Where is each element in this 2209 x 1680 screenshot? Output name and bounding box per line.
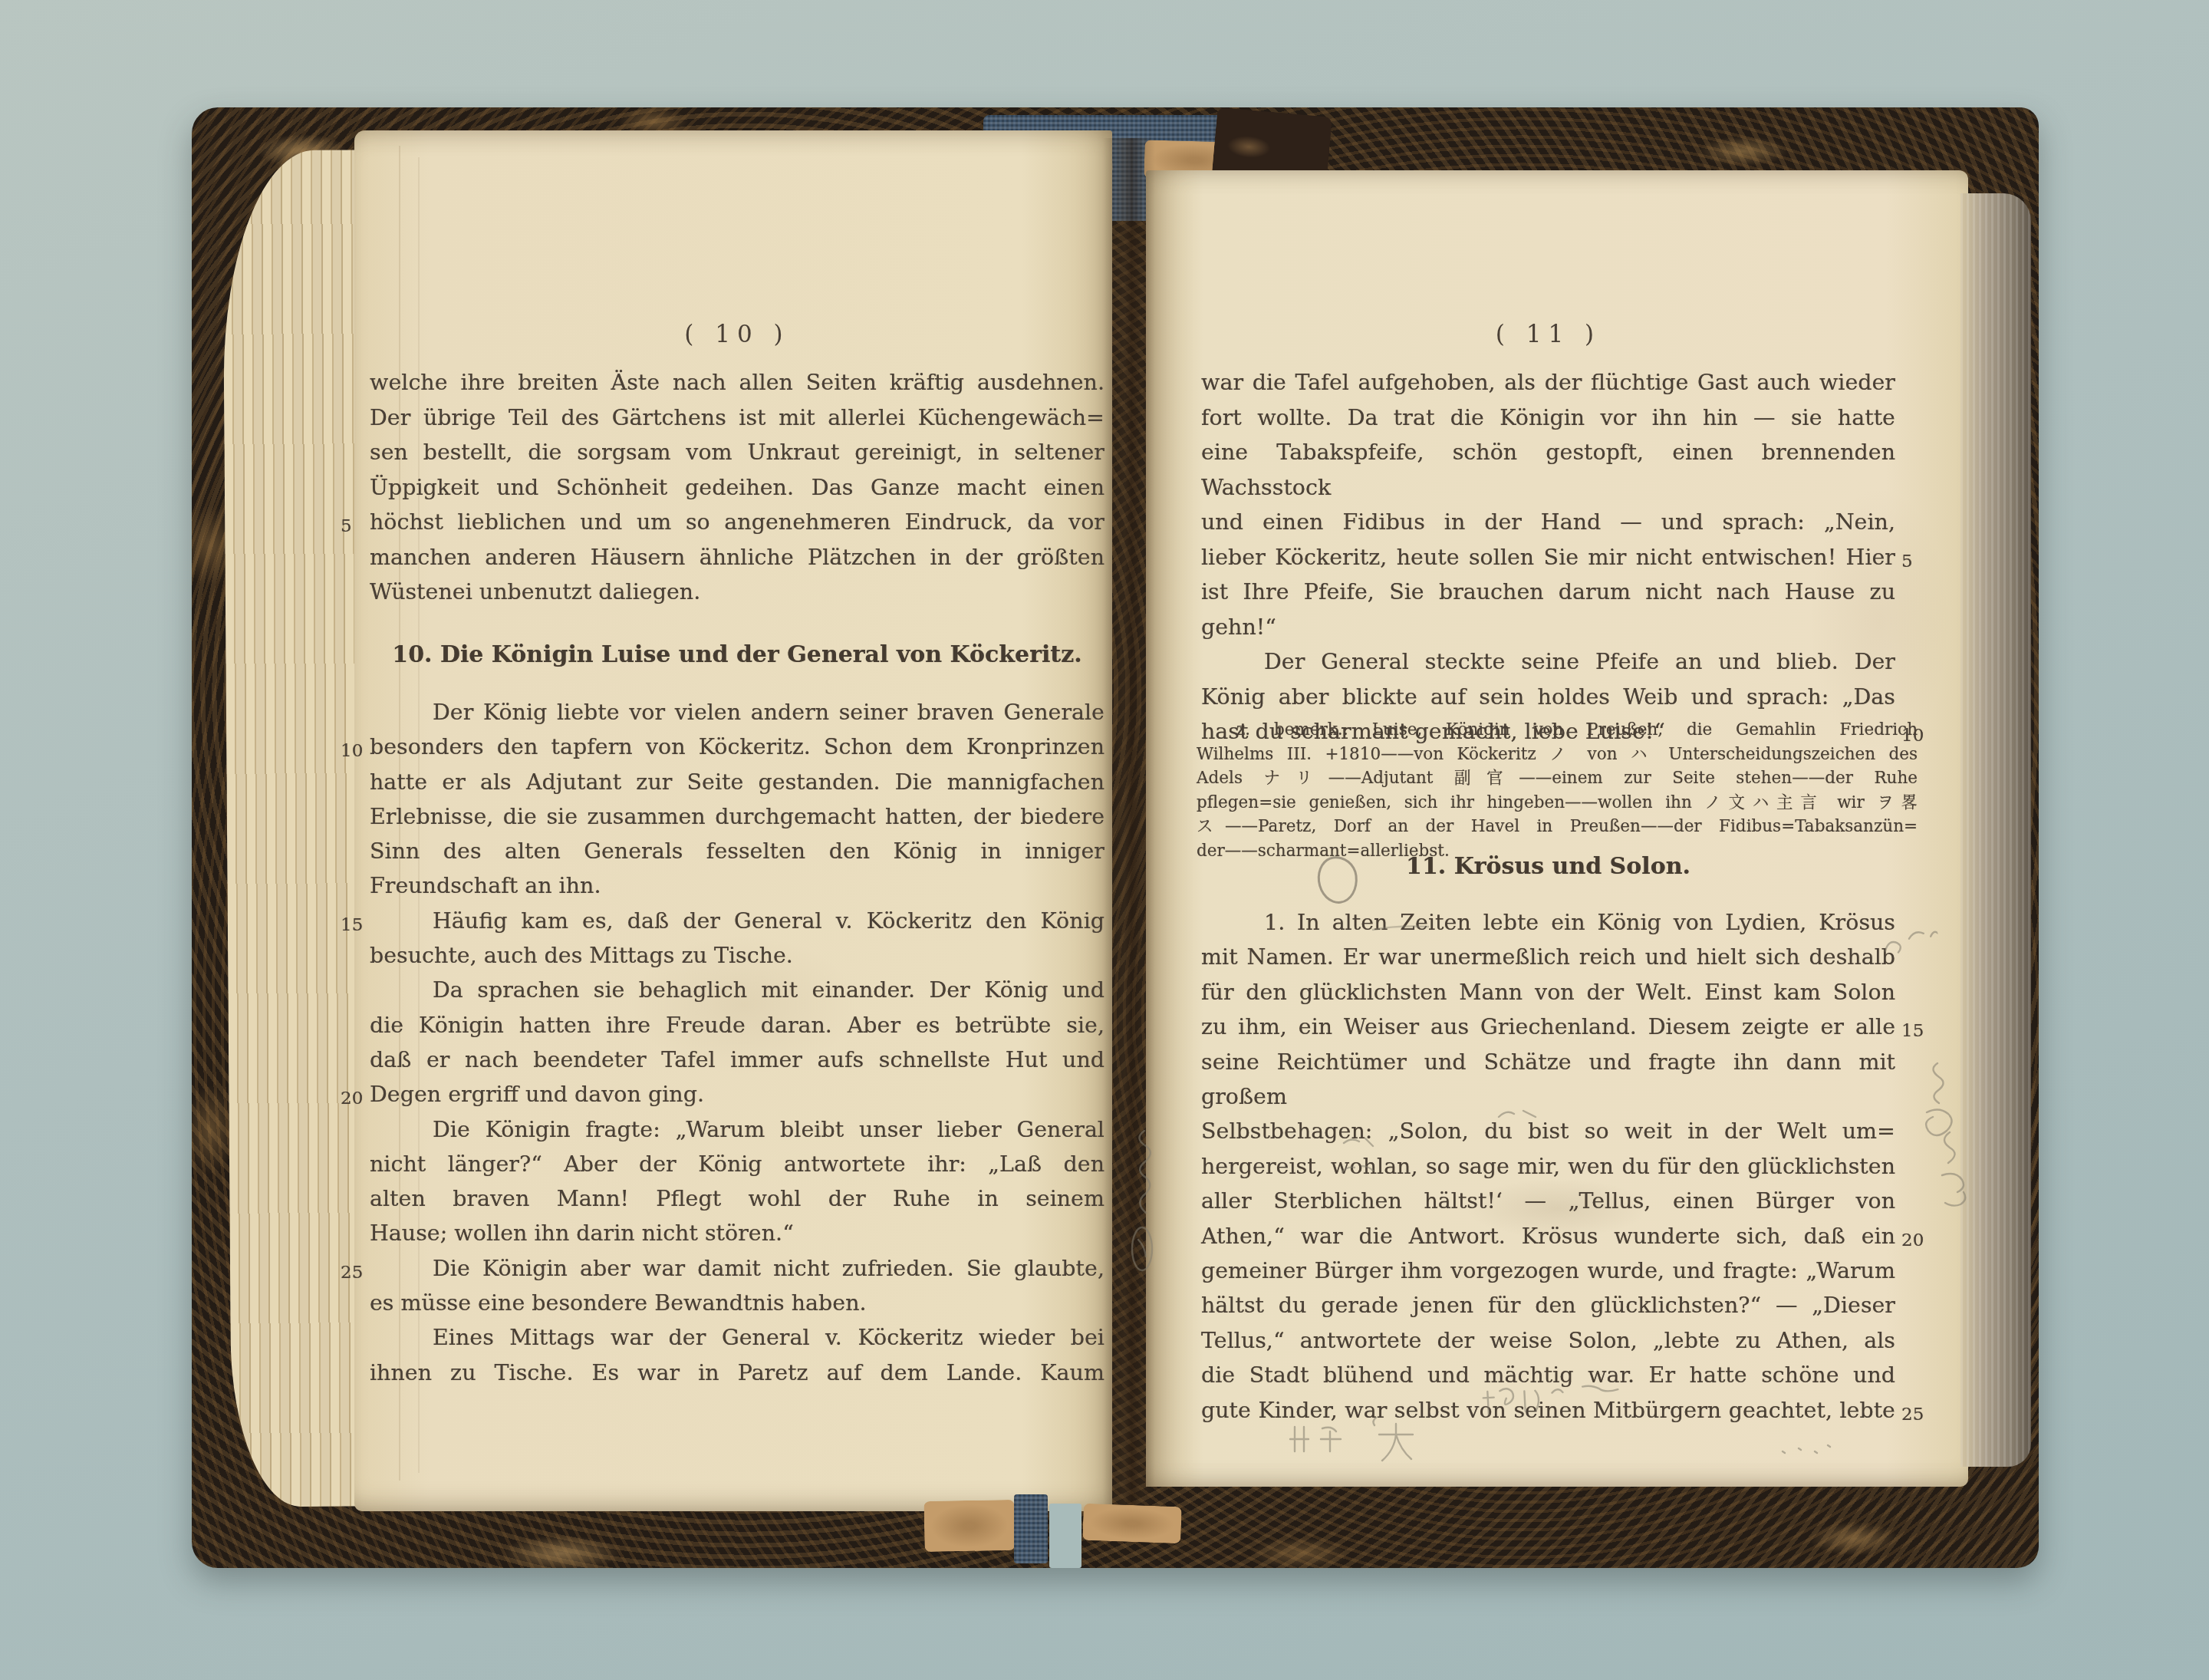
margin-line-number: 15 bbox=[341, 908, 364, 943]
photo-of-open-book: ( 10 ) welche ihre breiten Äste nach all… bbox=[0, 0, 2209, 1680]
text-line: 25Die Königin aber war damit nicht zufri… bbox=[370, 1251, 1104, 1286]
text-line: eine Tabakspfeife, schön gestopft, einen… bbox=[1201, 435, 1895, 505]
text-line: und einen Fidibus in der Hand — und spra… bbox=[1201, 505, 1895, 540]
text-line: Hause; wollen ihn darin nicht stören.“ bbox=[370, 1216, 1104, 1250]
margin-line-number: 5 bbox=[341, 509, 364, 545]
text-line: 10besonders den tapfern von Köckeritz. S… bbox=[370, 730, 1104, 764]
text-line: 5lieber Köckeritz, heute sollen Sie mir … bbox=[1201, 540, 1895, 575]
text-line: hergereist, wohlan, so sage mir, wen du … bbox=[1201, 1149, 1895, 1184]
cover-tear-gap bbox=[1049, 1504, 1081, 1568]
text-line: die Königin hatten ihre Freude daran. Ab… bbox=[370, 1008, 1104, 1043]
text-line: Der übrige Teil des Gärtchens ist mit al… bbox=[370, 400, 1104, 436]
text-line: gehn!“ bbox=[1201, 610, 1895, 645]
text-line: ス——Paretz, Dorf an der Havel in Preußen—… bbox=[1197, 815, 1918, 839]
page-edges-left bbox=[222, 150, 370, 1507]
text-line: Wilhelms III. +1810——von Köckeritz ノ von… bbox=[1197, 743, 1918, 767]
text-line: 1. In alten Zeiten lebte ein König von L… bbox=[1201, 905, 1895, 940]
text-line: ist Ihre Pfeife, Sie brauchen darum nich… bbox=[1201, 575, 1895, 610]
text-line: 5höchst lieblichen und um so angenehmere… bbox=[370, 505, 1104, 540]
pencil-annotation-below-3 bbox=[1371, 1416, 1425, 1465]
text-line: hatte er als Adjutant zur Seite gestande… bbox=[370, 765, 1104, 799]
text-line: gemeiner Bürger ihm vorgezogen wurde, un… bbox=[1201, 1253, 1895, 1288]
text-line: Adels ナリ——Adjutant 副官——einem zur Seite s… bbox=[1197, 766, 1918, 791]
margin-line-number: 5 bbox=[1901, 545, 1940, 580]
pencil-annotation-below-2 bbox=[1286, 1419, 1355, 1462]
text-line: Selbstbehagen: „Solon, du bist so weit i… bbox=[1201, 1114, 1895, 1148]
pencil-annotation-gloss-upper bbox=[1494, 1103, 1548, 1126]
text-line: manchen anderen Häusern ähnliche Plätzch… bbox=[370, 540, 1104, 575]
pencil-annotation-dots bbox=[1776, 1436, 1838, 1464]
text-line: welche ihre breiten Äste nach allen Seit… bbox=[370, 365, 1104, 400]
spine-patch-bottom bbox=[923, 1500, 1015, 1552]
text-line: Tellus,“ antwortete der weise Solon, „le… bbox=[1201, 1323, 1895, 1358]
text-line: Da sprachen sie behaglich mit einander. … bbox=[370, 973, 1104, 1007]
right-page-story-11: 1. In alten Zeiten lebte ein König von L… bbox=[1201, 905, 1895, 1428]
margin-line-number: 10 bbox=[341, 734, 364, 769]
text-line: Die Königin fragte: „Warum bleibt unser … bbox=[370, 1112, 1104, 1147]
text-line: Der General steckte seine Pfeife an und … bbox=[1201, 644, 1895, 680]
text-line: besuchte, auch des Mittags zu Tische. bbox=[370, 938, 1104, 973]
text-line: 20Degen ergriff und davon ging. bbox=[370, 1077, 1104, 1112]
margin-line-number: 20 bbox=[341, 1082, 364, 1116]
right-page-story-10-end: war die Tafel aufgehoben, als der flücht… bbox=[1201, 365, 1895, 749]
pencil-annotation-gloss-tellus bbox=[1336, 1132, 1405, 1186]
left-page-paragraph-1: welche ihre breiten Äste nach allen Seit… bbox=[370, 365, 1104, 610]
text-line: 15zu ihm, ein Weiser aus Griechenland. D… bbox=[1201, 1010, 1895, 1044]
section-heading-10: 10. Die Königin Luise und der General vo… bbox=[370, 641, 1104, 668]
text-line: König aber blickte auf sein holdes Weib … bbox=[1201, 680, 1895, 715]
left-page-body: Der König liebte vor vielen andern seine… bbox=[370, 695, 1104, 1390]
text-line: war die Tafel aufgehoben, als der flücht… bbox=[1201, 365, 1895, 400]
text-line: Sinn des alten Generals fesselten den Kö… bbox=[370, 834, 1104, 868]
text-line: hältst du gerade jenen für den glücklich… bbox=[1201, 1288, 1895, 1323]
text-line: für den glücklichsten Mann von der Welt.… bbox=[1201, 975, 1895, 1010]
right-page-note-block: z. bemerk.: Luise, Königin von Preußen, … bbox=[1197, 718, 1918, 863]
text-line: pflegen=sie genießen, sich ihr hingeben—… bbox=[1197, 791, 1918, 815]
text-line: es müsse eine besondere Bewandtnis haben… bbox=[370, 1286, 1104, 1320]
pencil-annotation-gutter bbox=[1121, 1126, 1164, 1287]
text-line: fort wollte. Da trat die Königin vor ihn… bbox=[1201, 400, 1895, 436]
text-line: Eines Mittags war der General v. Köckeri… bbox=[370, 1320, 1104, 1355]
text-line: Freundschaft an ihn. bbox=[370, 868, 1104, 903]
text-line: Der König liebte vor vielen andern seine… bbox=[370, 695, 1104, 730]
text-line: nicht länger?“ Aber der König antwortete… bbox=[370, 1147, 1104, 1181]
margin-line-number: 25 bbox=[1901, 1398, 1940, 1432]
text-line: ihnen zu Tische. Es war in Paretz auf de… bbox=[370, 1356, 1104, 1390]
page-number-right: ( 11 ) bbox=[1201, 321, 1895, 348]
gutter-shadow bbox=[1103, 138, 1155, 1507]
text-line: Üppigkeit und Schönheit gedeihen. Das Ga… bbox=[370, 470, 1104, 506]
spine-cloth-bottom bbox=[1014, 1494, 1048, 1563]
text-line: seine Reichtümer und Schätze und fragte … bbox=[1201, 1045, 1895, 1115]
text-line: Wüstenei unbenutzt daliegen. bbox=[370, 575, 1104, 610]
text-line: z. bemerk.: Luise, Königin von Preußen, … bbox=[1197, 718, 1918, 743]
margin-line-number: 15 bbox=[1901, 1014, 1940, 1049]
margin-line-number: 25 bbox=[341, 1256, 364, 1290]
text-line: alten braven Mann! Pflegt wohl der Ruhe … bbox=[370, 1181, 1104, 1216]
pencil-annotation-margin-lower bbox=[1927, 1128, 1973, 1250]
text-line: aller Sterblichen hältst!‘ — „Tellus, ei… bbox=[1201, 1184, 1895, 1218]
text-line: daß er nach beendeter Tafel immer aufs s… bbox=[370, 1043, 1104, 1077]
text-line: 15Häufig kam es, daß der General v. Köck… bbox=[370, 904, 1104, 938]
pencil-line-alten-zeiten bbox=[1370, 921, 1431, 936]
page-edges-right bbox=[1960, 193, 2031, 1467]
text-line: mit Namen. Er war unermeßlich reich und … bbox=[1201, 940, 1895, 974]
text-line: Erlebnisse, die sie zusammen durchgemach… bbox=[370, 799, 1104, 834]
text-line: 20Athen,“ war die Antwort. Krösus wunder… bbox=[1201, 1219, 1895, 1253]
section-heading-11: 11. Krösus und Solon. bbox=[1201, 853, 1895, 880]
spine-patch-bottom bbox=[1082, 1504, 1182, 1543]
page-number-left: ( 10 ) bbox=[370, 321, 1104, 348]
text-line: sen bestellt, die sorgsam vom Unkraut ge… bbox=[370, 435, 1104, 470]
